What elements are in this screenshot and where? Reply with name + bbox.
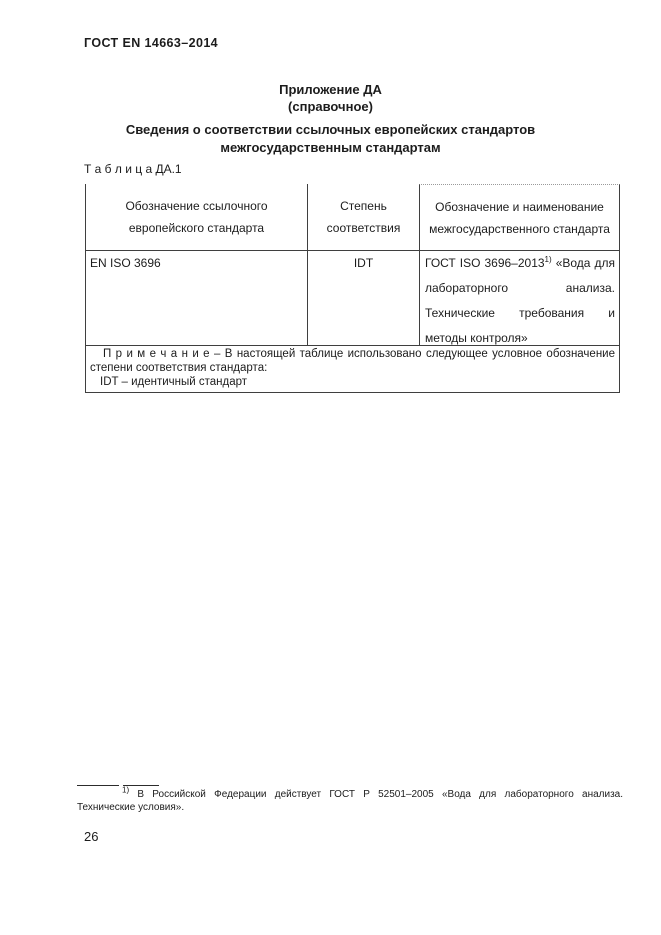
footnote-reference-marker: 1) [545, 255, 552, 264]
correspondence-table: Обозначение ссылочного европейского стан… [85, 184, 620, 393]
appendix-subtitle: (справочное) [0, 98, 661, 115]
appendix-title: Приложение ДА [0, 81, 661, 98]
table-cell-european-standard: EN ISO 3696 [85, 251, 307, 345]
table-note-text: П р и м е ч а н и е – В настоящей таблиц… [90, 347, 615, 375]
table-note: П р и м е ч а н и е – В настоящей таблиц… [85, 345, 620, 393]
table-cell-interstate-standard: ГОСТ ISO 3696–20131) «Вода для лаборатор… [419, 251, 620, 345]
document-page: ГОСТ EN 14663–2014 Приложение ДА (справо… [0, 0, 661, 935]
footnote-separator-segment [77, 785, 119, 786]
table-header-european-standard: Обозначение ссылочного европейского стан… [85, 184, 307, 251]
appendix-title-block: Приложение ДА (справочное) [0, 81, 661, 115]
table-header-conformity-degree: Степень соответствия [307, 184, 419, 251]
appendix-heading: Сведения о соответствии ссылочных европе… [0, 121, 661, 156]
appendix-heading-line1: Сведения о соответствии ссылочных европе… [0, 121, 661, 139]
interstate-standard-designation: ГОСТ ISO 3696–2013 [425, 256, 545, 270]
appendix-heading-line2: межгосударственным стандартам [0, 139, 661, 157]
table-cell-conformity-degree: IDT [307, 251, 419, 345]
table-note-idt-definition: IDT – идентичный стандарт [90, 375, 615, 389]
footnote-text: 1) В Российской Федерации действует ГОСТ… [77, 788, 623, 814]
document-code-header: ГОСТ EN 14663–2014 [84, 36, 218, 50]
footnote-body: В Российской Федерации действует ГОСТ Р … [77, 789, 623, 813]
table-caption: Т а б л и ц а ДА.1 [84, 162, 182, 176]
page-footnote: 1) В Российской Федерации действует ГОСТ… [77, 788, 623, 814]
footnote-separator [77, 785, 159, 786]
table-header-interstate-standard: Обозначение и наименование межгосударств… [419, 184, 620, 251]
page-number: 26 [84, 829, 98, 844]
